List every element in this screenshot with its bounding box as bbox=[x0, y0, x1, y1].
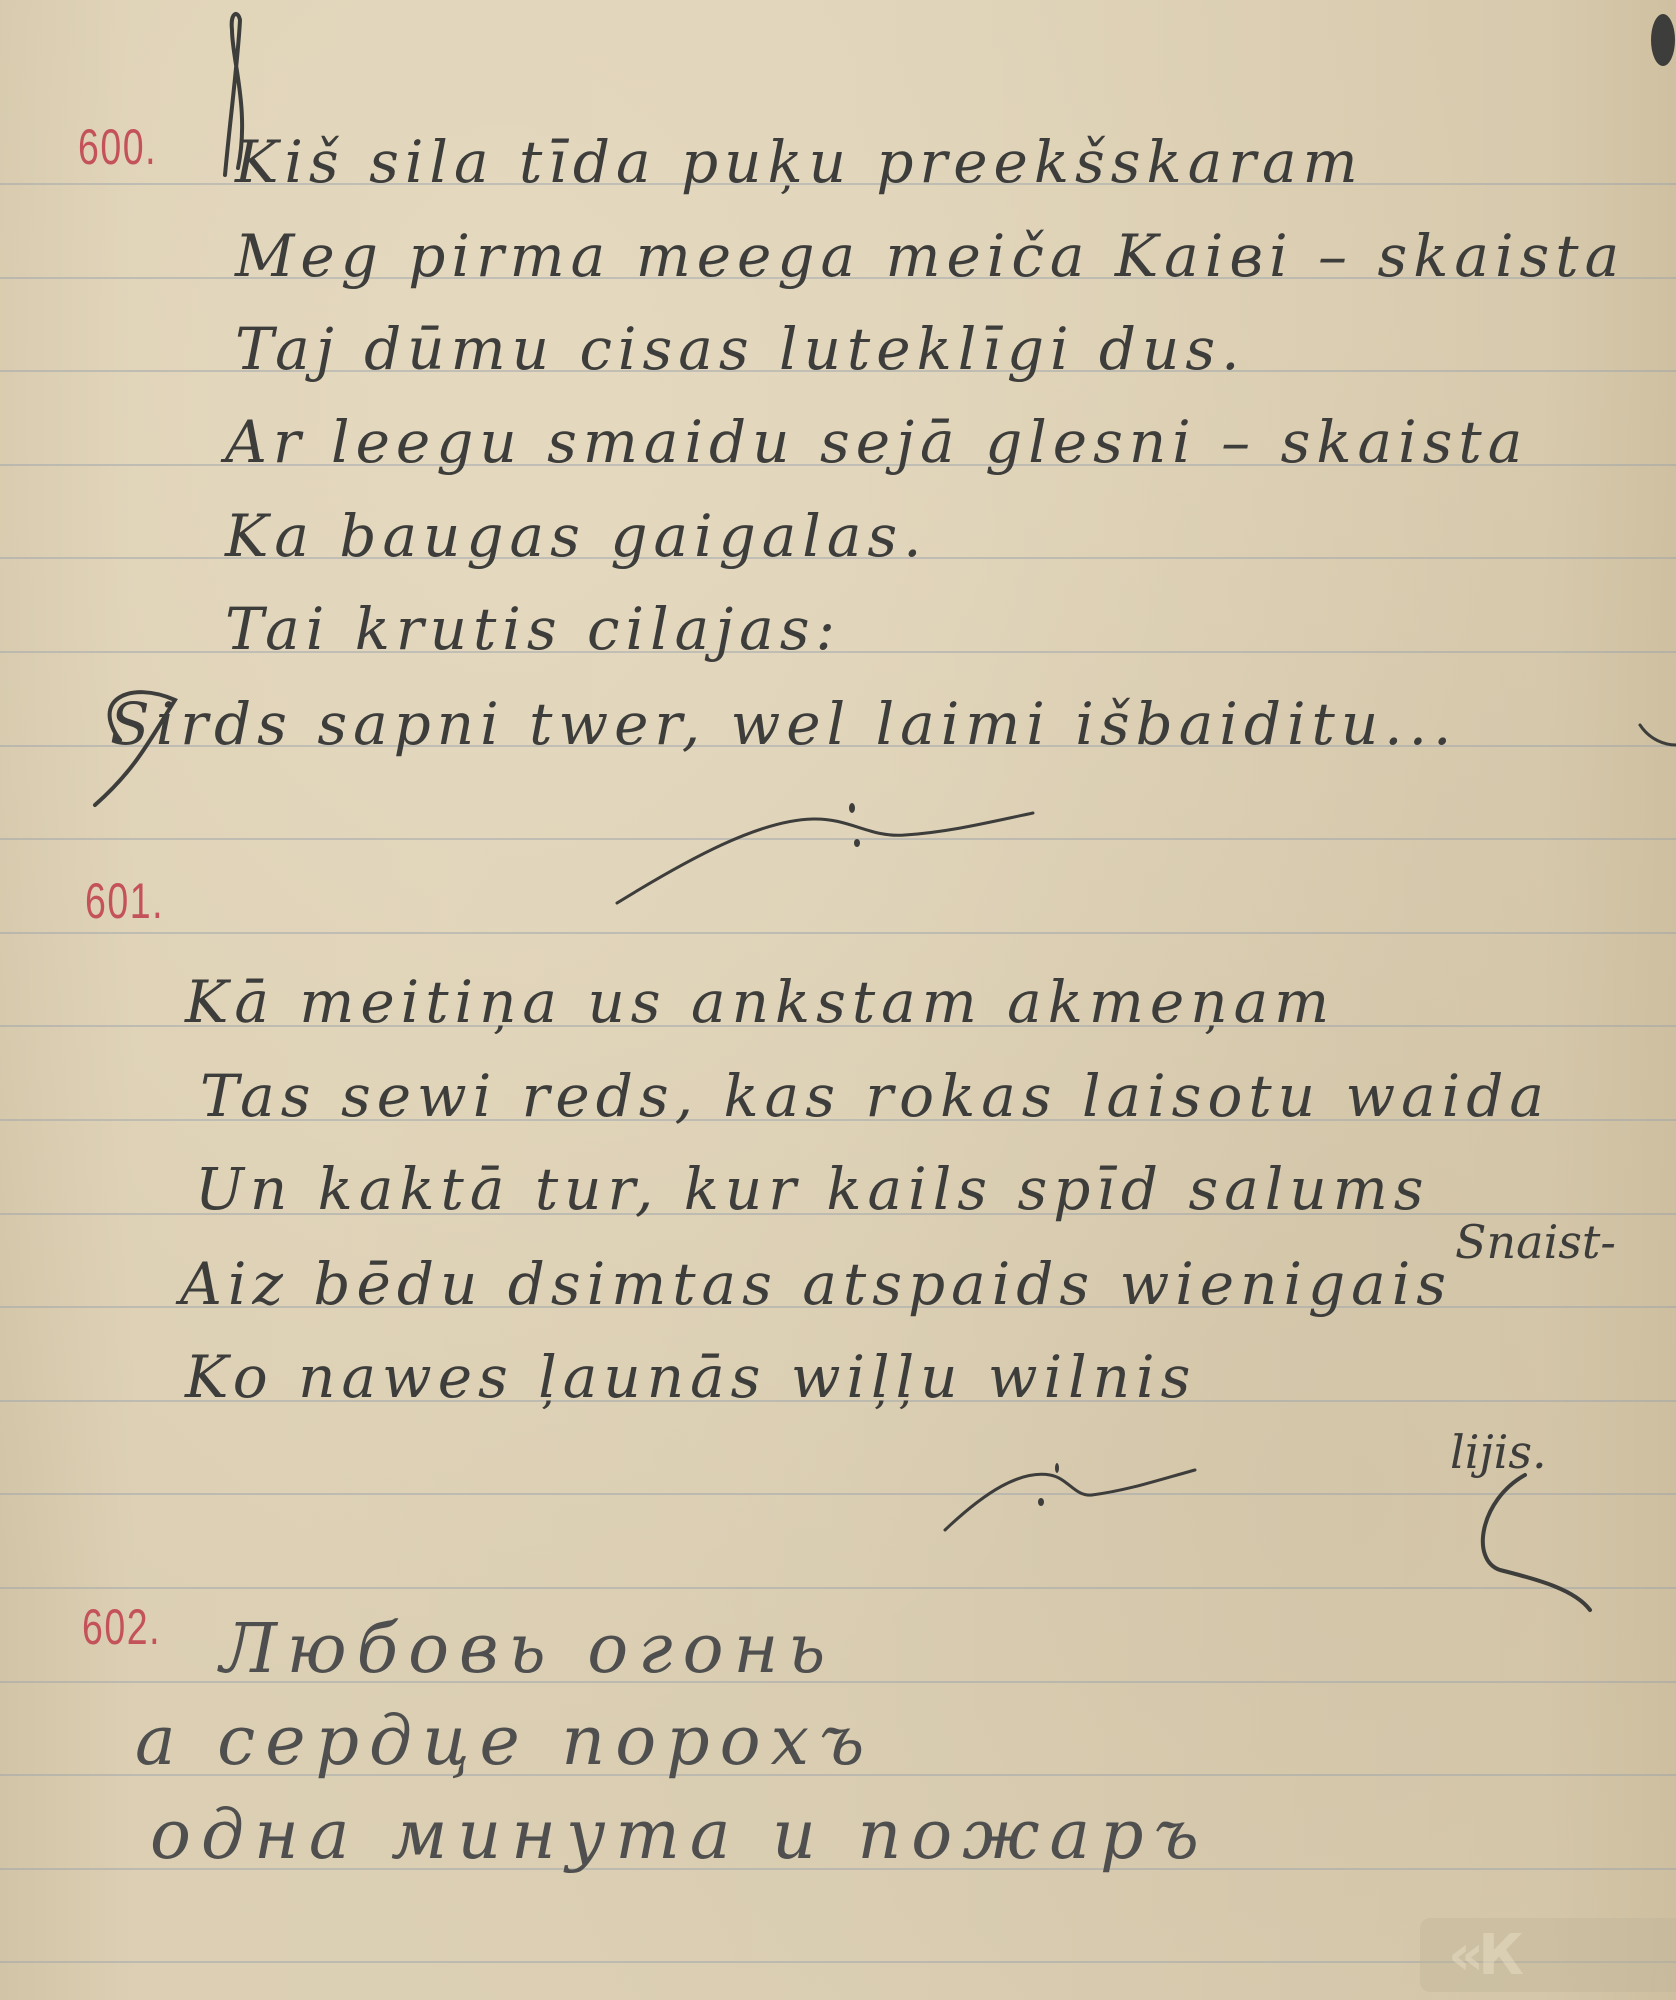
poem-601-line-3: Un kaktā tur, kur kails spīd salums bbox=[195, 1155, 1429, 1223]
poem-602-line-1: Любовь огонь bbox=[220, 1610, 835, 1689]
ruled-line bbox=[0, 1587, 1676, 1589]
ink-blot bbox=[1651, 14, 1675, 66]
poem-600-line-1: Kiš sila tīda puķu preekšskaram bbox=[235, 128, 1364, 196]
ruled-line bbox=[0, 1493, 1676, 1495]
poem-600-line-6: Tai krutis cilajas: bbox=[225, 595, 841, 663]
poem-600-line-3: Taj dūmu cisas luteklīgi dus. bbox=[235, 315, 1246, 383]
annotation-snaist: Snaist- bbox=[1455, 1215, 1616, 1269]
poem-601-line-4: Aiz bēdu dsimtas atspaids wienigais bbox=[180, 1250, 1452, 1318]
watermark-chevron-icon: «К bbox=[1448, 1923, 1518, 1988]
entry-number-601: 601. bbox=[85, 872, 164, 930]
entry-number-600: 600. bbox=[78, 118, 157, 176]
separator-flourish-icon bbox=[945, 1470, 1195, 1530]
annotation-lijis: lijis. bbox=[1450, 1425, 1547, 1479]
poem-600-line-2: Mеg pirma meega meičа Kaiвi – skaista bbox=[235, 222, 1625, 290]
poem-601-line-1: Kā meitiņa us ankstam akmeņam bbox=[185, 968, 1335, 1036]
poem-601-line-2: Tas sewi reds, kas rokas laisotu waida bbox=[200, 1062, 1550, 1130]
poem-602-line-3: одна минута и пожаръ bbox=[150, 1796, 1209, 1875]
poem-601-line-5: Ko nawes ļaunās wiļļu wilnis bbox=[185, 1343, 1196, 1411]
ruled-line bbox=[0, 838, 1676, 840]
ruled-line bbox=[0, 932, 1676, 934]
poem-600-line-5: Ka baugas gaigalas. bbox=[225, 502, 928, 570]
entry-number-602: 602. bbox=[82, 1598, 161, 1656]
archive-watermark-logo: «К bbox=[1420, 1918, 1676, 1992]
poem-600-line-4: Ar leegu smaidu sejā glesni – skaista bbox=[225, 408, 1528, 476]
manuscript-page: 600. Kiš sila tīda puķu preekšskaram Mеg… bbox=[0, 0, 1676, 2000]
poem-602-line-2: а сердце порохъ bbox=[135, 1702, 874, 1781]
poem-600-line-7: Sirds sapni twer, wel laimi išbaiditu... bbox=[110, 690, 1458, 758]
separator-flourish-icon bbox=[617, 813, 1033, 903]
